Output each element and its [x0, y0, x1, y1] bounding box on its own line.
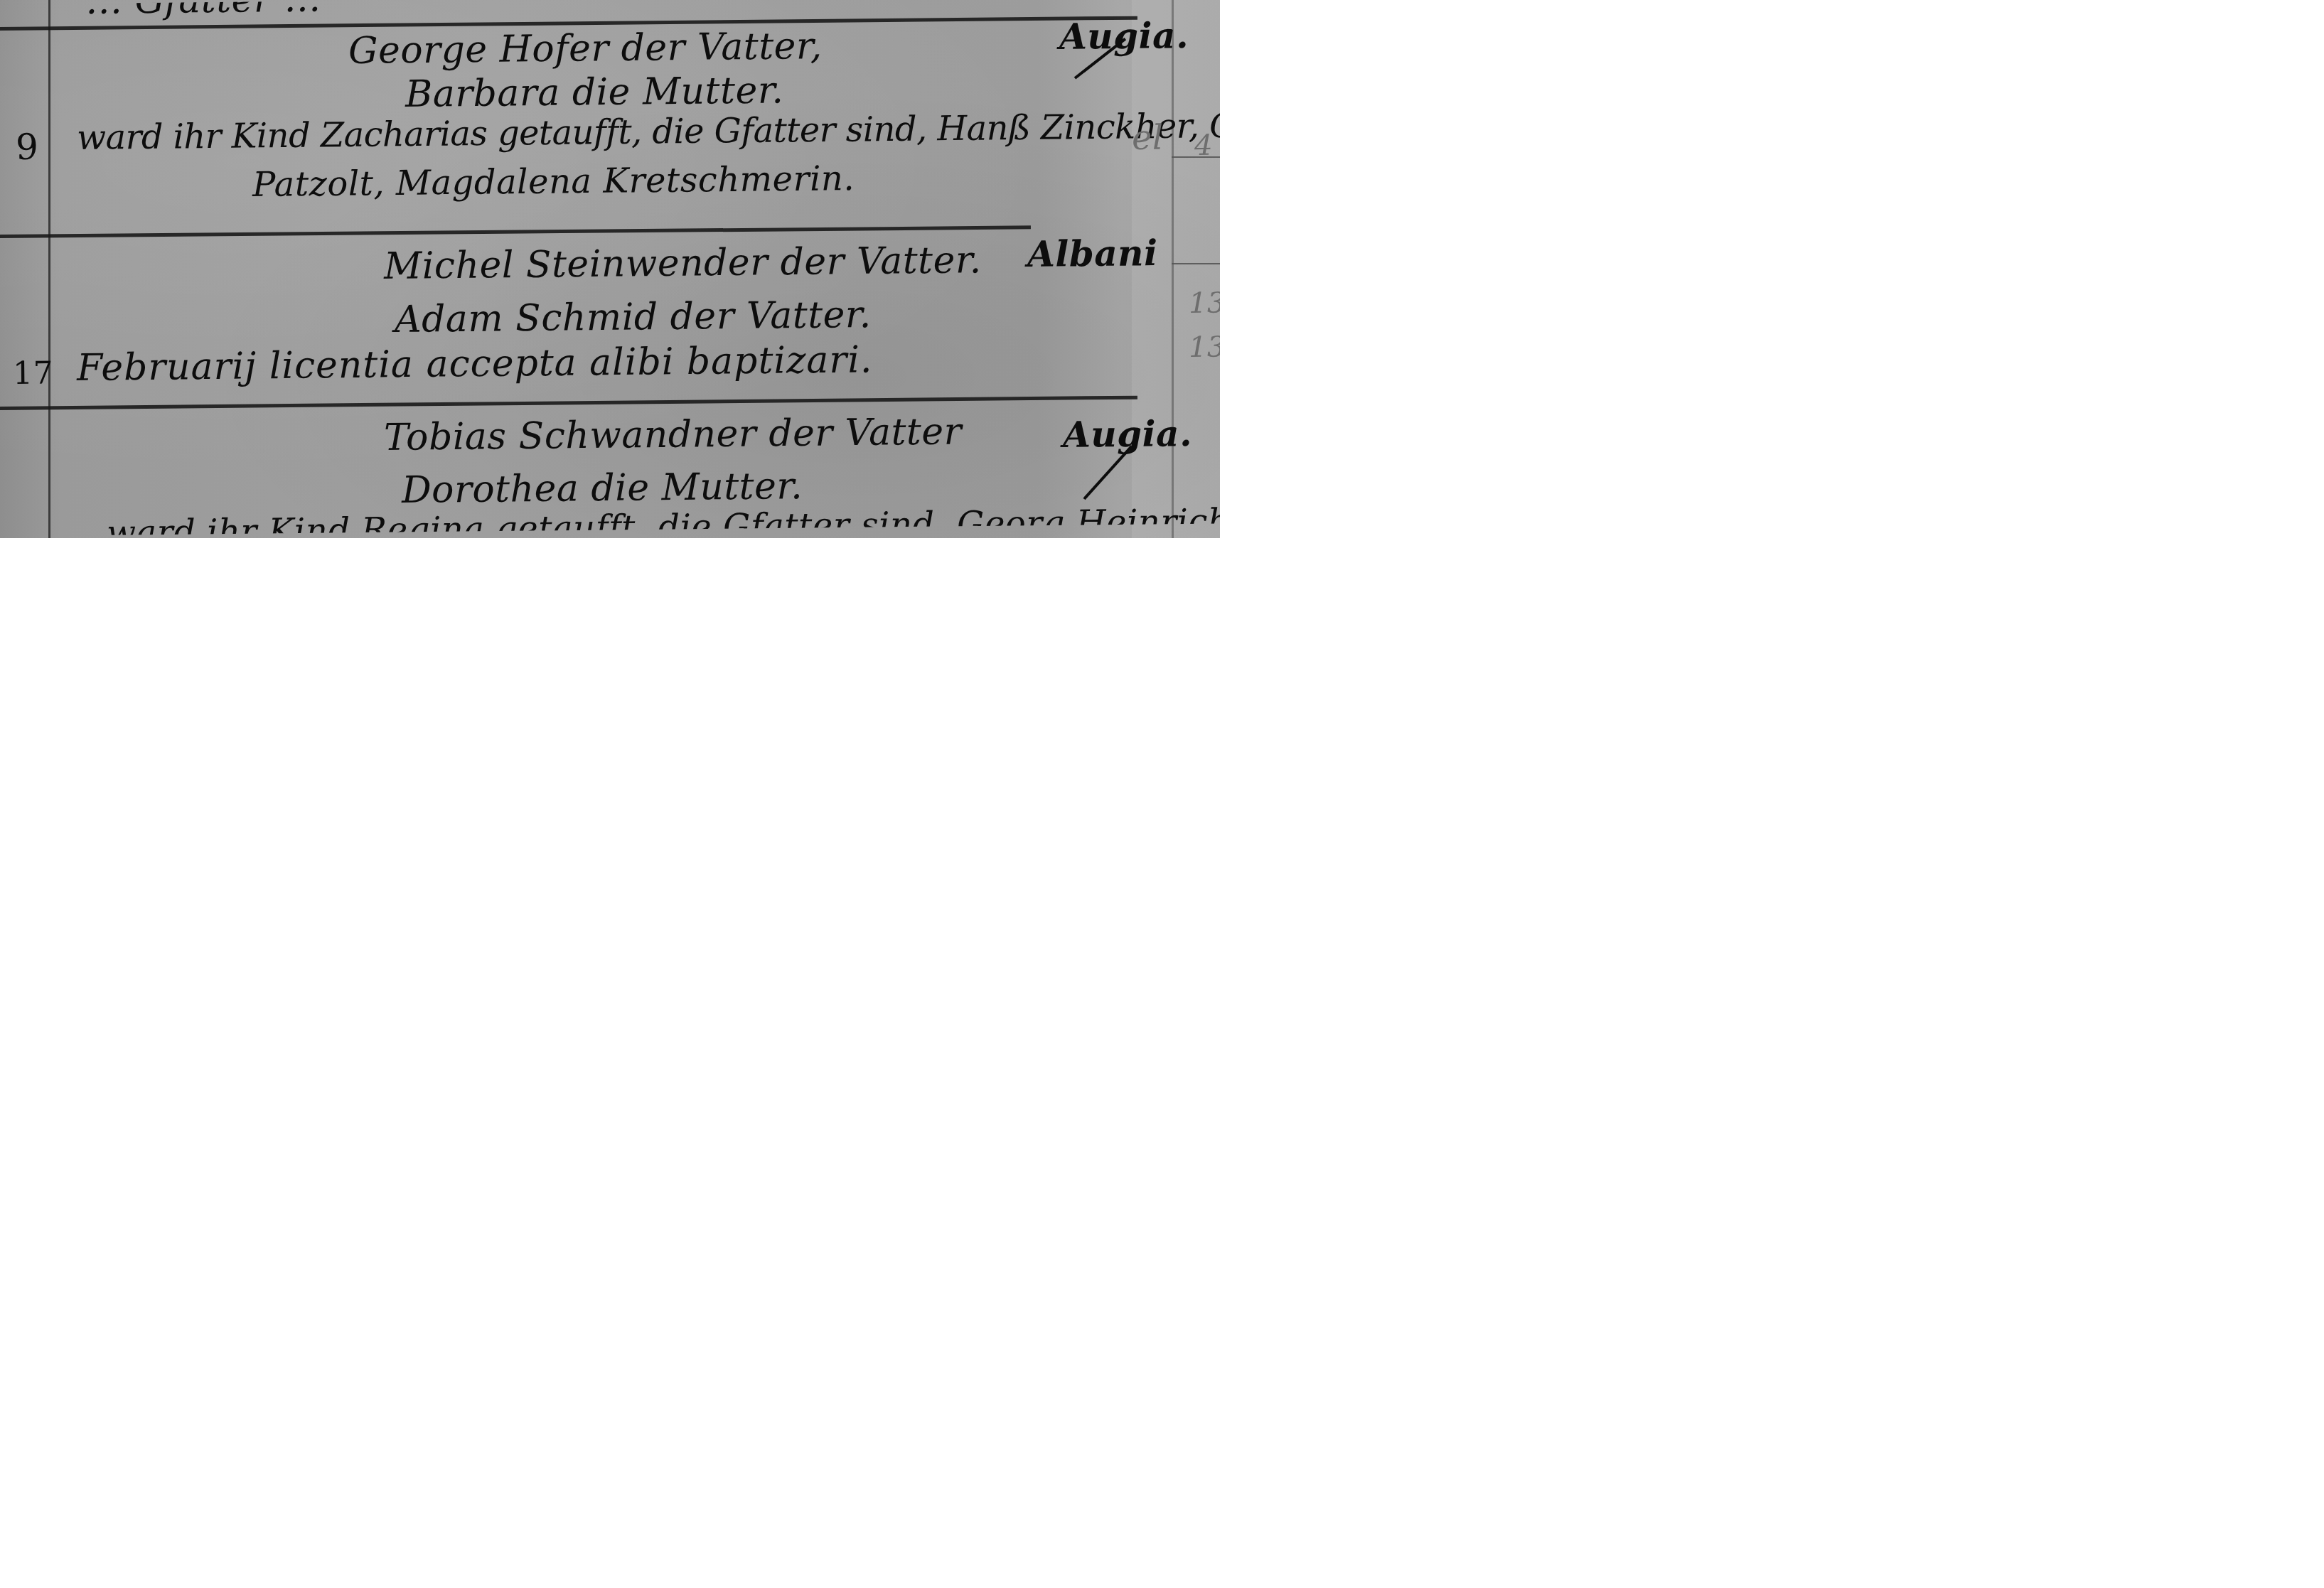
right-column-rule [1172, 0, 1174, 538]
entry-1-day: 9 [16, 127, 39, 168]
manuscript-scan: … Gfatter … 9 George Hofer der Vatter, B… [0, 0, 1220, 538]
entry-2-margin-note: Albani [1027, 232, 1158, 275]
entry-2-line-3: Februarij licentia accepta alibi baptiza… [77, 338, 873, 390]
right-column-number: 13 [1189, 331, 1220, 364]
entry-1-line-4: Patzolt, Magdalena Kretschmerin. [252, 159, 855, 205]
entry-2-day: 17 [13, 355, 54, 392]
entry-divider-3 [0, 396, 1137, 410]
entry-3-line-1: Tobias Schwandner der Vatter [384, 410, 963, 459]
entry-1-margin-note: Augia. [1059, 14, 1189, 58]
right-column-number: 13 [1189, 286, 1220, 320]
entry-3-line-2: Dorothea die Mutter. [402, 465, 803, 512]
previous-entry-partial-line: … Gfatter … [85, 0, 321, 23]
right-column-divider [1172, 263, 1220, 264]
entry-1-margin-overflow: el [1132, 118, 1164, 158]
left-margin-rule [48, 0, 50, 538]
entry-2-line-1: Michel Steinwender der Vatter. [384, 239, 982, 288]
entry-1-line-1: George Hofer der Vatter, [348, 25, 823, 73]
entry-1-line-3: ward ihr Kind Zacharias getaufft, die Gf… [77, 105, 1220, 158]
entry-1-line-2: Barbara die Mutter. [405, 69, 784, 116]
right-column-number: 4 [1194, 129, 1213, 162]
entry-2-line-2: Adam Schmid der Vatter. [395, 294, 872, 341]
entry-divider-2 [0, 225, 1031, 238]
